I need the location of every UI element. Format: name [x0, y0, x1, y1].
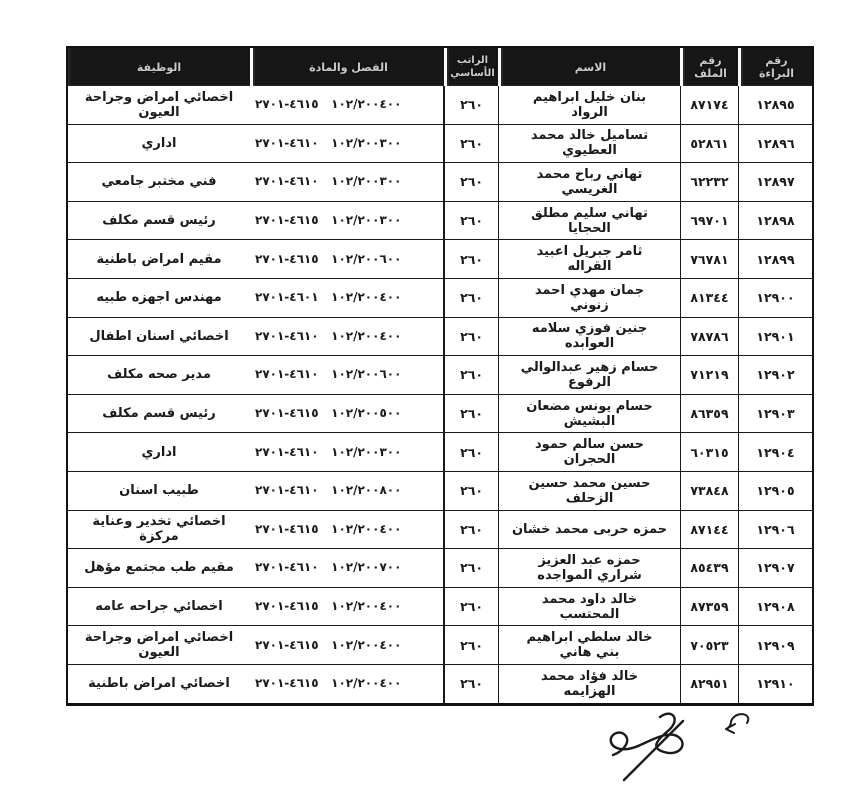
cell-file-number: ٨٧١٤٤ — [680, 511, 738, 549]
cell-name: حسام زهير عبدالوالي الرفوع — [498, 356, 680, 394]
cell-warrant-number: ١٢٨٩٥ — [738, 86, 812, 124]
cell-basic-salary: ٢٦٠ — [444, 202, 498, 240]
cell-file-number: ٨٧١٧٤ — [680, 86, 738, 124]
cell-name: حسن سالم حمود الحجران — [498, 433, 680, 471]
header-warrant-number: رقم البراءة — [738, 48, 812, 86]
cell-warrant-number: ١٢٩٠٠ — [738, 279, 812, 317]
cell-chapter-article: ١٠٢/٢٠٠٤٠٠ ٤٦١٥-٢٧٠١ — [250, 511, 444, 549]
cell-basic-salary: ٢٦٠ — [444, 511, 498, 549]
cell-name: تهاني سليم مطلق الحجايا — [498, 202, 680, 240]
cell-name: خالد داود محمد المحتسب — [498, 588, 680, 626]
cell-warrant-number: ١٢٩١٠ — [738, 665, 812, 703]
cell-name: حمزه حربى محمد خشان — [498, 511, 680, 549]
cell-warrant-number: ١٢٩٠٣ — [738, 395, 812, 433]
header-name: الاسم — [498, 48, 680, 86]
table-row: ١٢٩٠٦ ٨٧١٤٤ حمزه حربى محمد خشان ٢٦٠ ١٠٢/… — [68, 510, 812, 549]
cell-name: تساميل خالد محمد العطيوي — [498, 125, 680, 163]
cell-job-title: اداري — [68, 433, 250, 471]
cell-basic-salary: ٢٦٠ — [444, 395, 498, 433]
table-row: ١٢٨٩٦ ٥٢٨٦١ تساميل خالد محمد العطيوي ٢٦٠… — [68, 124, 812, 163]
cell-name: بنان خليل ابراهيم الرواد — [498, 86, 680, 124]
table-row: ١٢٩٠٣ ٨٦٣٥٩ حسام يونس مضعان البشيش ٢٦٠ ١… — [68, 394, 812, 433]
cell-job-title: اخصائي تخدير وعناية مركزة — [68, 511, 250, 549]
cell-job-title: اخصائي امراض باطنية — [68, 665, 250, 703]
cell-basic-salary: ٢٦٠ — [444, 472, 498, 510]
header-basic-salary: الراتب الأساسي — [444, 48, 498, 86]
cell-chapter-article: ١٠٢/٢٠٠٣٠٠ ٤٦١٠-٢٧٠١ — [250, 163, 444, 201]
cell-job-title: اخصائي اسنان اطفال — [68, 318, 250, 356]
cell-name: حسين محمد حسين الزحلف — [498, 472, 680, 510]
cell-name: خالد فؤاد محمد الهزايمه — [498, 665, 680, 703]
cell-basic-salary: ٢٦٠ — [444, 549, 498, 587]
table-row: ١٢٨٩٩ ٧٦٧٨١ ثامر جبريل اعبيد القراله ٢٦٠… — [68, 239, 812, 278]
table-row: ١٢٨٩٨ ٦٩٧٠١ تهاني سليم مطلق الحجايا ٢٦٠ … — [68, 201, 812, 240]
cell-chapter-article: ١٠٢/٢٠٠٣٠٠ ٤٦١٠-٢٧٠١ — [250, 125, 444, 163]
table-row: ١٢٩٠٩ ٧٠٥٢٣ خالد سلطي ابراهيم بني هاني ٢… — [68, 625, 812, 664]
table-row: ١٢٩٠٨ ٨٧٣٥٩ خالد داود محمد المحتسب ٢٦٠ ١… — [68, 587, 812, 626]
cell-basic-salary: ٢٦٠ — [444, 588, 498, 626]
cell-chapter-article: ١٠٢/٢٠٠٤٠٠ ٤٦١٥-٢٧٠١ — [250, 86, 444, 124]
cell-chapter-article: ١٠٢/٢٠٠٥٠٠ ٤٦١٥-٢٧٠١ — [250, 395, 444, 433]
cell-warrant-number: ١٢٨٩٨ — [738, 202, 812, 240]
table-row: ١٢٩٠٢ ٧١٢١٩ حسام زهير عبدالوالي الرفوع ٢… — [68, 355, 812, 394]
cell-file-number: ٨٢٩٥١ — [680, 665, 738, 703]
scanned-document-page: { "table": { "columns": [ { "key": "id",… — [0, 0, 850, 792]
table-row: ١٢٩٠١ ٧٨٧٨٦ جنين فوزي سلامه العوابده ٢٦٠… — [68, 317, 812, 356]
cell-chapter-article: ١٠٢/٢٠٠٦٠٠ ٤٦١٥-٢٧٠١ — [250, 240, 444, 278]
cell-job-title: اداري — [68, 125, 250, 163]
cell-file-number: ٦٩٧٠١ — [680, 202, 738, 240]
cell-chapter-article: ١٠٢/٢٠٠٤٠٠ ٤٦١٥-٢٧٠١ — [250, 626, 444, 664]
cell-file-number: ٦٢٢٣٢ — [680, 163, 738, 201]
table-row: ١٢٩٠٧ ٨٥٤٣٩ حمزه عبد العزيز شراري المواج… — [68, 548, 812, 587]
cell-chapter-article: ١٠٢/٢٠٠٤٠٠ ٤٦١٠-٢٧٠١ — [250, 318, 444, 356]
cell-basic-salary: ٢٦٠ — [444, 626, 498, 664]
cell-job-title: مهندس اجهزه طبيه — [68, 279, 250, 317]
cell-chapter-article: ١٠٢/٢٠٠٤٠٠ ٤٦١٥-٢٧٠١ — [250, 665, 444, 703]
cell-name: حمزه عبد العزيز شراري المواجده — [498, 549, 680, 587]
employee-table: رقم البراءة رقم الملف الاسم الراتب الأسا… — [66, 46, 814, 706]
cell-warrant-number: ١٢٨٩٩ — [738, 240, 812, 278]
cell-file-number: ٥٢٨٦١ — [680, 125, 738, 163]
cell-name: حسام يونس مضعان البشيش — [498, 395, 680, 433]
cell-chapter-article: ١٠٢/٢٠٠٣٠٠ ٤٦١٥-٢٧٠١ — [250, 202, 444, 240]
header-chapter-article: الفصل والمادة — [250, 48, 444, 86]
table-row: ١٢٩١٠ ٨٢٩٥١ خالد فؤاد محمد الهزايمه ٢٦٠ … — [68, 664, 812, 703]
cell-file-number: ٧٣٨٤٨ — [680, 472, 738, 510]
table-row: ١٢٩٠٥ ٧٣٨٤٨ حسين محمد حسين الزحلف ٢٦٠ ١٠… — [68, 471, 812, 510]
cell-job-title: اخصائي امراض وجراحة العيون — [68, 626, 250, 664]
cell-name: خالد سلطي ابراهيم بني هاني — [498, 626, 680, 664]
cell-chapter-article: ١٠٢/٢٠٠٦٠٠ ٤٦١٠-٢٧٠١ — [250, 356, 444, 394]
header-file-number: رقم الملف — [680, 48, 738, 86]
cell-chapter-article: ١٠٢/٢٠٠٤٠٠ ٤٦١٥-٢٧٠١ — [250, 588, 444, 626]
table-body: ١٢٨٩٥ ٨٧١٧٤ بنان خليل ابراهيم الرواد ٢٦٠… — [68, 86, 812, 703]
cell-basic-salary: ٢٦٠ — [444, 356, 498, 394]
cell-warrant-number: ١٢٨٩٦ — [738, 125, 812, 163]
table-row: ١٢٨٩٥ ٨٧١٧٤ بنان خليل ابراهيم الرواد ٢٦٠… — [68, 86, 812, 124]
cell-warrant-number: ١٢٩٠٥ — [738, 472, 812, 510]
signature-scribble — [611, 714, 683, 755]
cell-basic-salary: ٢٦٠ — [444, 163, 498, 201]
cell-job-title: مقيم طب مجتمع مؤهل — [68, 549, 250, 587]
cell-warrant-number: ١٢٩٠٩ — [738, 626, 812, 664]
cell-job-title: اخصائي جراحه عامه — [68, 588, 250, 626]
cell-basic-salary: ٢٦٠ — [444, 665, 498, 703]
cell-basic-salary: ٢٦٠ — [444, 240, 498, 278]
signature-stroke — [624, 721, 683, 780]
table-row: ١٢٩٠٠ ٨١٣٤٤ جمان مهدي احمد زنوني ٢٦٠ ١٠٢… — [68, 278, 812, 317]
cell-file-number: ٨٦٣٥٩ — [680, 395, 738, 433]
cell-warrant-number: ١٢٩٠٨ — [738, 588, 812, 626]
cell-warrant-number: ١٢٨٩٧ — [738, 163, 812, 201]
cell-file-number: ٨٥٤٣٩ — [680, 549, 738, 587]
cell-warrant-number: ١٢٩٠٧ — [738, 549, 812, 587]
cell-file-number: ٦٠٣١٥ — [680, 433, 738, 471]
cell-file-number: ٧٠٥٢٣ — [680, 626, 738, 664]
cell-job-title: رئيس قسم مكلف — [68, 395, 250, 433]
cell-job-title: رئيس قسم مكلف — [68, 202, 250, 240]
cell-name: تهاني رباح محمد الغريسي — [498, 163, 680, 201]
cell-warrant-number: ١٢٩٠٢ — [738, 356, 812, 394]
cell-name: جنين فوزي سلامه العوابده — [498, 318, 680, 356]
cell-job-title: فني مختبر جامعي — [68, 163, 250, 201]
cell-warrant-number: ١٢٩٠٦ — [738, 511, 812, 549]
arrow-icon — [726, 714, 748, 733]
table-header-row: رقم البراءة رقم الملف الاسم الراتب الأسا… — [68, 48, 812, 86]
table-row: ١٢٩٠٤ ٦٠٣١٥ حسن سالم حمود الحجران ٢٦٠ ١٠… — [68, 432, 812, 471]
cell-basic-salary: ٢٦٠ — [444, 318, 498, 356]
cell-chapter-article: ١٠٢/٢٠٠٣٠٠ ٤٦١٠-٢٧٠١ — [250, 433, 444, 471]
cell-job-title: مدير صحه مكلف — [68, 356, 250, 394]
cell-job-title: مقيم امراض باطنية — [68, 240, 250, 278]
cell-file-number: ٧٦٧٨١ — [680, 240, 738, 278]
cell-chapter-article: ١٠٢/٢٠٠٧٠٠ ٤٦١٠-٢٧٠١ — [250, 549, 444, 587]
cell-basic-salary: ٢٦٠ — [444, 86, 498, 124]
cell-chapter-article: ١٠٢/٢٠٠٨٠٠ ٤٦١٠-٢٧٠١ — [250, 472, 444, 510]
cell-file-number: ٨٧٣٥٩ — [680, 588, 738, 626]
cell-job-title: اخصائي امراض وجراحة العيون — [68, 86, 250, 124]
cell-name: جمان مهدي احمد زنوني — [498, 279, 680, 317]
cell-file-number: ٧١٢١٩ — [680, 356, 738, 394]
cell-job-title: طبيب اسنان — [68, 472, 250, 510]
table-row: ١٢٨٩٧ ٦٢٢٣٢ تهاني رباح محمد الغريسي ٢٦٠ … — [68, 162, 812, 201]
cell-basic-salary: ٢٦٠ — [444, 125, 498, 163]
cell-file-number: ٨١٣٤٤ — [680, 279, 738, 317]
cell-warrant-number: ١٢٩٠٤ — [738, 433, 812, 471]
header-job-title: الوظيفة — [68, 48, 250, 86]
cell-chapter-article: ١٠٢/٢٠٠٤٠٠ ٤٦٠١-٢٧٠١ — [250, 279, 444, 317]
cell-warrant-number: ١٢٩٠١ — [738, 318, 812, 356]
handwritten-marks — [600, 706, 780, 790]
cell-file-number: ٧٨٧٨٦ — [680, 318, 738, 356]
cell-basic-salary: ٢٦٠ — [444, 279, 498, 317]
cell-name: ثامر جبريل اعبيد القراله — [498, 240, 680, 278]
cell-basic-salary: ٢٦٠ — [444, 433, 498, 471]
